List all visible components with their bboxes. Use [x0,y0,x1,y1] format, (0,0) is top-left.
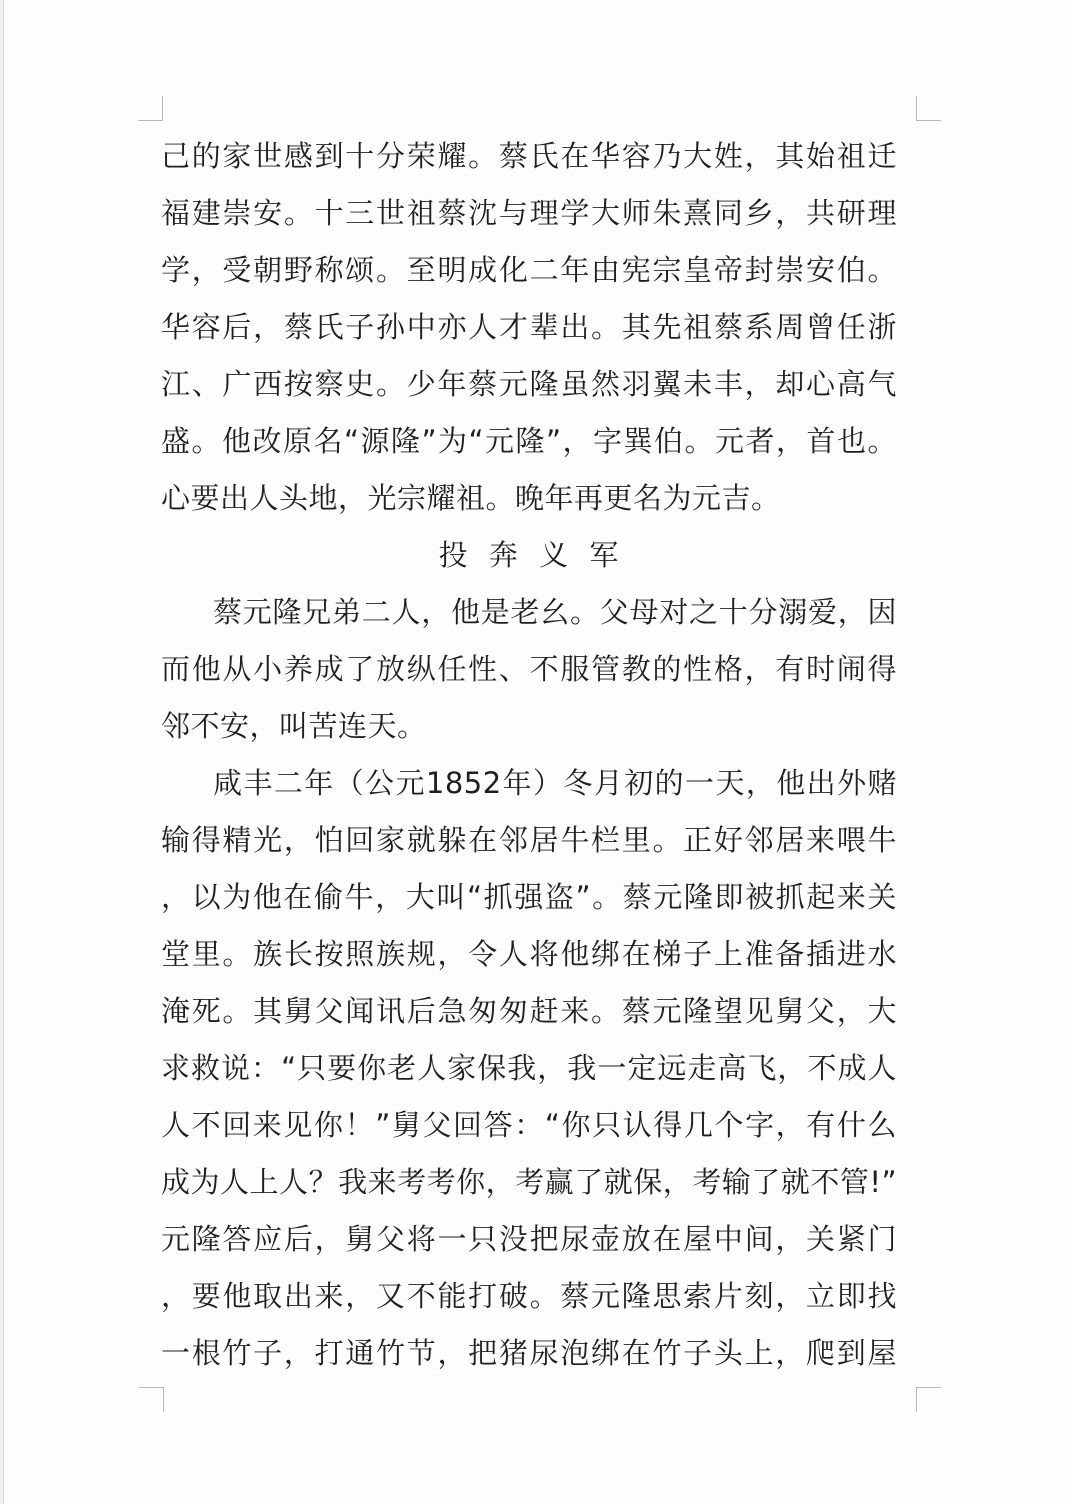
scan-edge-shadow [0,0,4,1504]
crop-mark-top-right [916,96,941,121]
text-line: 人不回来见你！”舅父回答：“你只认得几个字，有什么本事 [161,1097,897,1154]
text-line: 堂里。族长按照族规，令人将他绑在梯子上准备插进水里 [161,926,897,983]
text-line: 成为人上人？我来考考你，考赢了就保，考输了就不管!”蔡 [161,1154,897,1211]
text-line: 邻不安，叫苦连天。 [161,698,897,755]
text-line: 蔡元隆兄弟二人，他是老幺。父母对之十分溺爱，因 [161,584,897,641]
text-line: 学，受朝野称颂。至明成化二年由宪宗皇帝封崇安伯。迁 [161,242,897,299]
text-line: 盛。他改原名“源隆”为“元隆”，字巽伯。元者，首也。他决 [161,413,897,470]
text-line: 福建崇安。十三世祖蔡沈与理学大师朱熹同乡，共研理 [161,185,897,242]
crop-mark-top-left [138,96,163,121]
text-line: 淹死。其舅父闻讯后急匆匆赶来。蔡元隆望见舅父，大声 [161,983,897,1040]
text-line: 输得精光，怕回家就躲在邻居牛栏里。正好邻居来喂牛草 [161,812,897,869]
text-line: 华容后，蔡氏子孙中亦人才辈出。其先祖蔡系周曾任浙 [161,299,897,356]
text-line: ，以为他在偷牛，大叫“抓强盗”。蔡元隆即被抓起来关进祠 [161,869,897,926]
text-line: 而他从小养成了放纵任性、不服管教的性格，有时闹得四 [161,641,897,698]
text-line: 心要出人头地，光宗耀祖。晚年再更名为元吉。 [161,470,897,527]
crop-mark-bottom-right [916,1387,941,1412]
text-line: 咸丰二年（公元1852年）冬月初的一天，他出外赌博 [161,755,897,812]
text-column: 己的家世感到十分荣耀。蔡氏在华容乃大姓，其始祖迁自福建崇安。十三世祖蔡沈与理学大… [161,128,897,1382]
text-line: 一根竹子，打通竹节，把猪尿泡绑在竹子头上，爬到屋顶 [161,1325,897,1382]
text-line: 己的家世感到十分荣耀。蔡氏在华容乃大姓，其始祖迁自 [161,128,897,185]
text-line: 求救说：“只要你老人家保我，我一定远走高飞，不成人上 [161,1040,897,1097]
document-page: 己的家世感到十分荣耀。蔡氏在华容乃大姓，其始祖迁自福建崇安。十三世祖蔡沈与理学大… [0,0,1072,1504]
section-heading: 投 奔 义 军 [161,527,897,584]
text-line: 江、广西按察史。少年蔡元隆虽然羽翼未丰，却心高气 [161,356,897,413]
text-line: 元隆答应后，舅父将一只没把尿壶放在屋中间，关紧门窗 [161,1211,897,1268]
text-line: ，要他取出来，又不能打破。蔡元隆思索片刻，立即找来 [161,1268,897,1325]
crop-mark-bottom-left [139,1387,164,1412]
